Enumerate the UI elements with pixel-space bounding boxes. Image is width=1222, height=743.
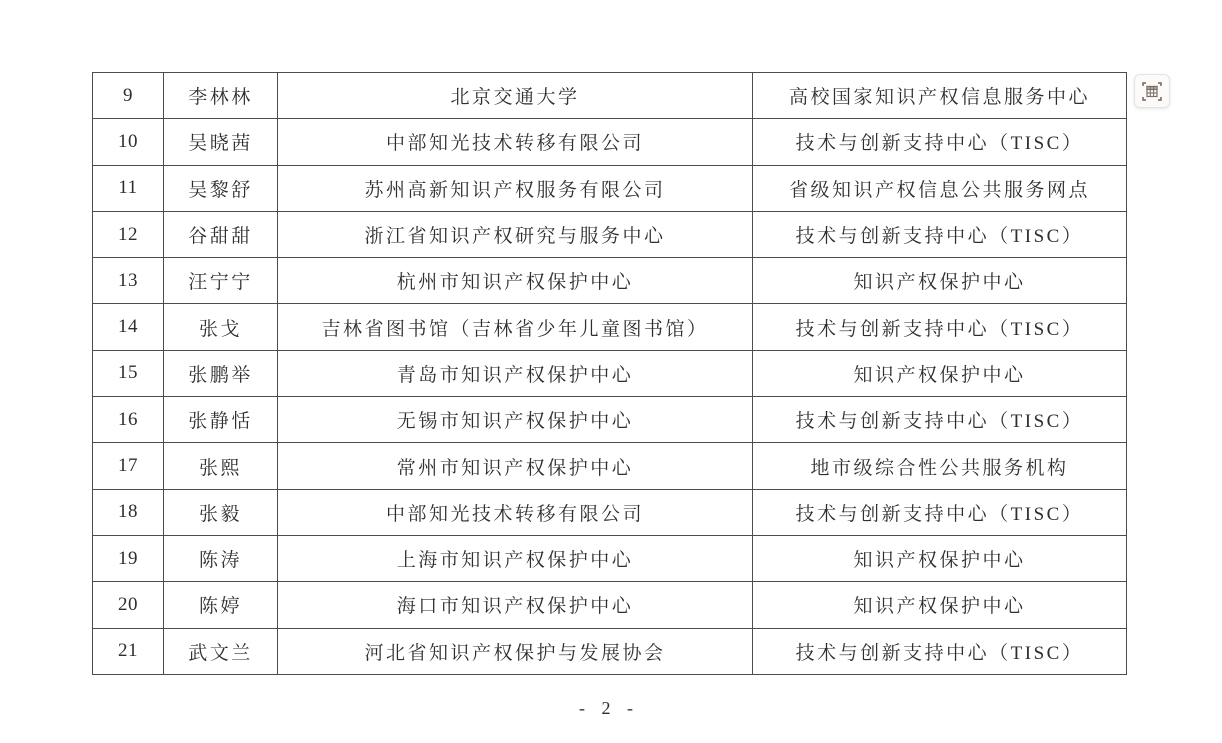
screenshot-root: { "document": { "page_number": "- 2 -" }… bbox=[0, 0, 1222, 743]
service-category-cell: 技术与创新支持中心（TISC） bbox=[753, 119, 1127, 165]
person-name-cell: 张鹏举 bbox=[164, 350, 278, 396]
row-number-cell: 21 bbox=[93, 628, 164, 674]
table-row: 14张戈吉林省图书馆（吉林省少年儿童图书馆）技术与创新支持中心（TISC） bbox=[93, 304, 1127, 350]
table-row: 11吴黎舒苏州高新知识产权服务有限公司省级知识产权信息公共服务网点 bbox=[93, 165, 1127, 211]
organization-cell: 中部知光技术转移有限公司 bbox=[278, 119, 753, 165]
service-category-cell: 知识产权保护中心 bbox=[753, 258, 1127, 304]
service-category-cell: 知识产权保护中心 bbox=[753, 582, 1127, 628]
row-number-cell: 9 bbox=[93, 73, 164, 119]
organization-cell: 无锡市知识产权保护中心 bbox=[278, 397, 753, 443]
table-row: 9李林林北京交通大学高校国家知识产权信息服务中心 bbox=[93, 73, 1127, 119]
service-category-cell: 知识产权保护中心 bbox=[753, 535, 1127, 581]
table-row: 20陈婷海口市知识产权保护中心知识产权保护中心 bbox=[93, 582, 1127, 628]
row-number-cell: 17 bbox=[93, 443, 164, 489]
organization-cell: 浙江省知识产权研究与服务中心 bbox=[278, 211, 753, 257]
table-row: 19陈涛上海市知识产权保护中心知识产权保护中心 bbox=[93, 535, 1127, 581]
person-name-cell: 吴晓茜 bbox=[164, 119, 278, 165]
row-number-cell: 11 bbox=[93, 165, 164, 211]
organization-cell: 海口市知识产权保护中心 bbox=[278, 582, 753, 628]
table-row: 12谷甜甜浙江省知识产权研究与服务中心技术与创新支持中心（TISC） bbox=[93, 211, 1127, 257]
service-category-cell: 知识产权保护中心 bbox=[753, 350, 1127, 396]
service-category-cell: 技术与创新支持中心（TISC） bbox=[753, 489, 1127, 535]
organization-cell: 北京交通大学 bbox=[278, 73, 753, 119]
table-row: 18张毅中部知光技术转移有限公司技术与创新支持中心（TISC） bbox=[93, 489, 1127, 535]
person-name-cell: 张熙 bbox=[164, 443, 278, 489]
organization-cell: 杭州市知识产权保护中心 bbox=[278, 258, 753, 304]
service-category-cell: 技术与创新支持中心（TISC） bbox=[753, 628, 1127, 674]
roster-table-container: 9李林林北京交通大学高校国家知识产权信息服务中心10吴晓茜中部知光技术转移有限公… bbox=[92, 72, 1126, 675]
person-name-cell: 张静恬 bbox=[164, 397, 278, 443]
table-row: 10吴晓茜中部知光技术转移有限公司技术与创新支持中心（TISC） bbox=[93, 119, 1127, 165]
person-name-cell: 李林林 bbox=[164, 73, 278, 119]
table-row: 16张静恬无锡市知识产权保护中心技术与创新支持中心（TISC） bbox=[93, 397, 1127, 443]
table-row: 13汪宁宁杭州市知识产权保护中心知识产权保护中心 bbox=[93, 258, 1127, 304]
table-capture-button[interactable] bbox=[1134, 74, 1170, 108]
service-category-cell: 技术与创新支持中心（TISC） bbox=[753, 211, 1127, 257]
row-number-cell: 20 bbox=[93, 582, 164, 628]
table-row: 17张熙常州市知识产权保护中心地市级综合性公共服务机构 bbox=[93, 443, 1127, 489]
document-page: 9李林林北京交通大学高校国家知识产权信息服务中心10吴晓茜中部知光技术转移有限公… bbox=[0, 0, 1222, 743]
organization-cell: 青岛市知识产权保护中心 bbox=[278, 350, 753, 396]
service-category-cell: 省级知识产权信息公共服务网点 bbox=[753, 165, 1127, 211]
row-number-cell: 13 bbox=[93, 258, 164, 304]
service-category-cell: 技术与创新支持中心（TISC） bbox=[753, 304, 1127, 350]
organization-cell: 上海市知识产权保护中心 bbox=[278, 535, 753, 581]
person-name-cell: 汪宁宁 bbox=[164, 258, 278, 304]
person-name-cell: 武文兰 bbox=[164, 628, 278, 674]
person-name-cell: 谷甜甜 bbox=[164, 211, 278, 257]
organization-cell: 苏州高新知识产权服务有限公司 bbox=[278, 165, 753, 211]
row-number-cell: 12 bbox=[93, 211, 164, 257]
service-category-cell: 地市级综合性公共服务机构 bbox=[753, 443, 1127, 489]
table-row: 15张鹏举青岛市知识产权保护中心知识产权保护中心 bbox=[93, 350, 1127, 396]
row-number-cell: 15 bbox=[93, 350, 164, 396]
page-number: - 2 - bbox=[92, 698, 1126, 719]
roster-table-body: 9李林林北京交通大学高校国家知识产权信息服务中心10吴晓茜中部知光技术转移有限公… bbox=[93, 73, 1127, 675]
row-number-cell: 18 bbox=[93, 489, 164, 535]
row-number-cell: 16 bbox=[93, 397, 164, 443]
table-capture-icon bbox=[1142, 82, 1162, 101]
roster-table: 9李林林北京交通大学高校国家知识产权信息服务中心10吴晓茜中部知光技术转移有限公… bbox=[92, 72, 1127, 675]
person-name-cell: 陈涛 bbox=[164, 535, 278, 581]
organization-cell: 中部知光技术转移有限公司 bbox=[278, 489, 753, 535]
service-category-cell: 技术与创新支持中心（TISC） bbox=[753, 397, 1127, 443]
organization-cell: 常州市知识产权保护中心 bbox=[278, 443, 753, 489]
organization-cell: 河北省知识产权保护与发展协会 bbox=[278, 628, 753, 674]
service-category-cell: 高校国家知识产权信息服务中心 bbox=[753, 73, 1127, 119]
row-number-cell: 19 bbox=[93, 535, 164, 581]
row-number-cell: 14 bbox=[93, 304, 164, 350]
row-number-cell: 10 bbox=[93, 119, 164, 165]
person-name-cell: 张戈 bbox=[164, 304, 278, 350]
person-name-cell: 陈婷 bbox=[164, 582, 278, 628]
table-row: 21武文兰河北省知识产权保护与发展协会技术与创新支持中心（TISC） bbox=[93, 628, 1127, 674]
organization-cell: 吉林省图书馆（吉林省少年儿童图书馆） bbox=[278, 304, 753, 350]
person-name-cell: 吴黎舒 bbox=[164, 165, 278, 211]
person-name-cell: 张毅 bbox=[164, 489, 278, 535]
